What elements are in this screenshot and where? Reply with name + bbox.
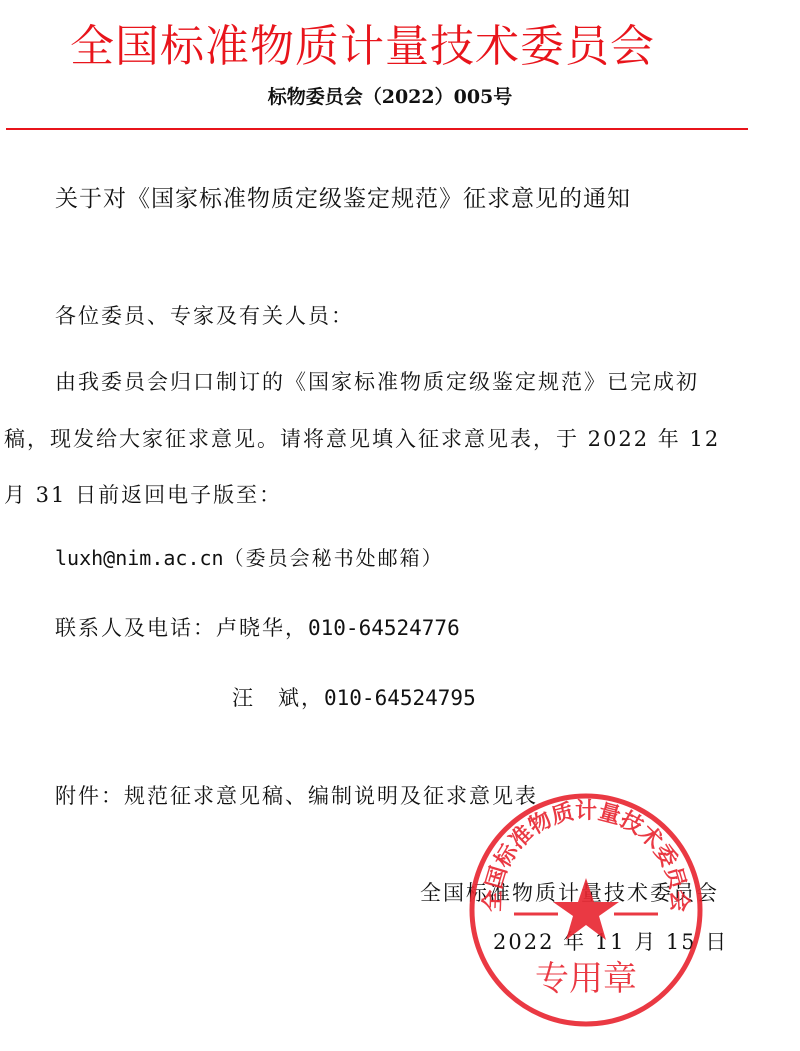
email-note: （委员会秘书处邮箱） (224, 546, 444, 570)
paragraph-line-3: 月 31 日前返回电子版至： (4, 479, 282, 509)
notice-title: 关于对《国家标准物质定级鉴定规范》征求意见的通知 (55, 180, 631, 213)
email-line: luxh@nim.ac.cn（委员会秘书处邮箱） (55, 542, 444, 571)
greeting: 各位委员、专家及有关人员： (55, 300, 354, 330)
paragraph-line-1: 由我委员会归口制订的《国家标准物质定级鉴定规范》已完成初 (55, 366, 699, 396)
contact-name: 卢晓华 (216, 616, 285, 640)
signature-date: 2022 年 11 月 15 日 (493, 926, 728, 956)
contact-line-2: 汪 斌，010-64524795 (232, 682, 476, 712)
attachment-line: 附件：规范征求意见稿、编制说明及征求意见表 (55, 780, 538, 810)
document-number: 标物委员会（2022）005号 (0, 82, 790, 109)
contact-line-1: 联系人及电话：卢晓华，010-64524776 (55, 612, 460, 642)
seal-bottom-text: 专用章 (535, 959, 637, 999)
contact-name: 汪 斌 (232, 686, 301, 710)
contact-phone: 010-64524776 (308, 616, 460, 640)
contact-label: 联系人及电话： (55, 616, 216, 640)
org-title: 全国标准物质计量技术委员会 (70, 10, 655, 74)
red-divider (6, 128, 748, 130)
signer: 全国标准物质计量技术委员会 (420, 877, 719, 907)
contact-phone: 010-64524795 (324, 686, 476, 710)
email-address[interactable]: luxh@nim.ac.cn (55, 546, 224, 570)
official-seal: 全国标准物质计量技术委员会 专用章 (466, 790, 706, 1030)
paragraph-line-2: 稿，现发给大家征求意见。请将意见填入征求意见表，于 2022 年 12 (4, 423, 720, 453)
